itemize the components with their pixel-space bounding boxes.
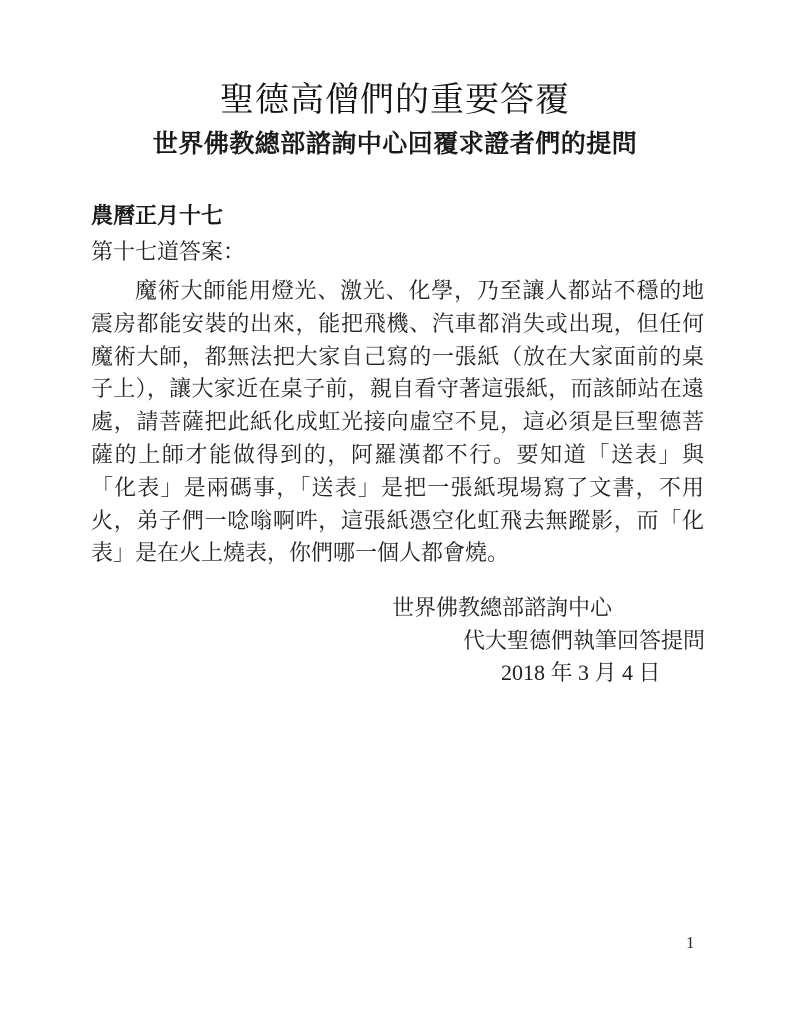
document-page: 聖德高僧們的重要答覆 世界佛教總部諮詢中心回覆求證者們的提問 農曆正月十七 第十… [0, 0, 790, 1023]
answer-paragraph: 魔術大師能用燈光、激光、化學，乃至讓人都站不穩的地震房都能安裝的出來，能把飛機、… [91, 275, 704, 570]
page-subtitle: 世界佛教總部諮詢中心回覆求證者們的提問 [0, 128, 790, 162]
signature-date: 2018 年 3 月 4 日 [501, 660, 661, 686]
lunar-date-heading: 農曆正月十七 [91, 203, 704, 229]
document-body: 農曆正月十七 第十七道答案： 魔術大師能用燈光、激光、化學，乃至讓人都站不穩的地… [91, 203, 704, 570]
signature-organization: 世界佛教總部諮詢中心 [392, 595, 612, 621]
signature-author-line: 代大聖德們執筆回答提問 [463, 628, 705, 654]
answer-number-label: 第十七道答案： [91, 238, 704, 266]
page-title: 聖德高僧們的重要答覆 [0, 80, 790, 122]
page-number: 1 [686, 933, 695, 953]
